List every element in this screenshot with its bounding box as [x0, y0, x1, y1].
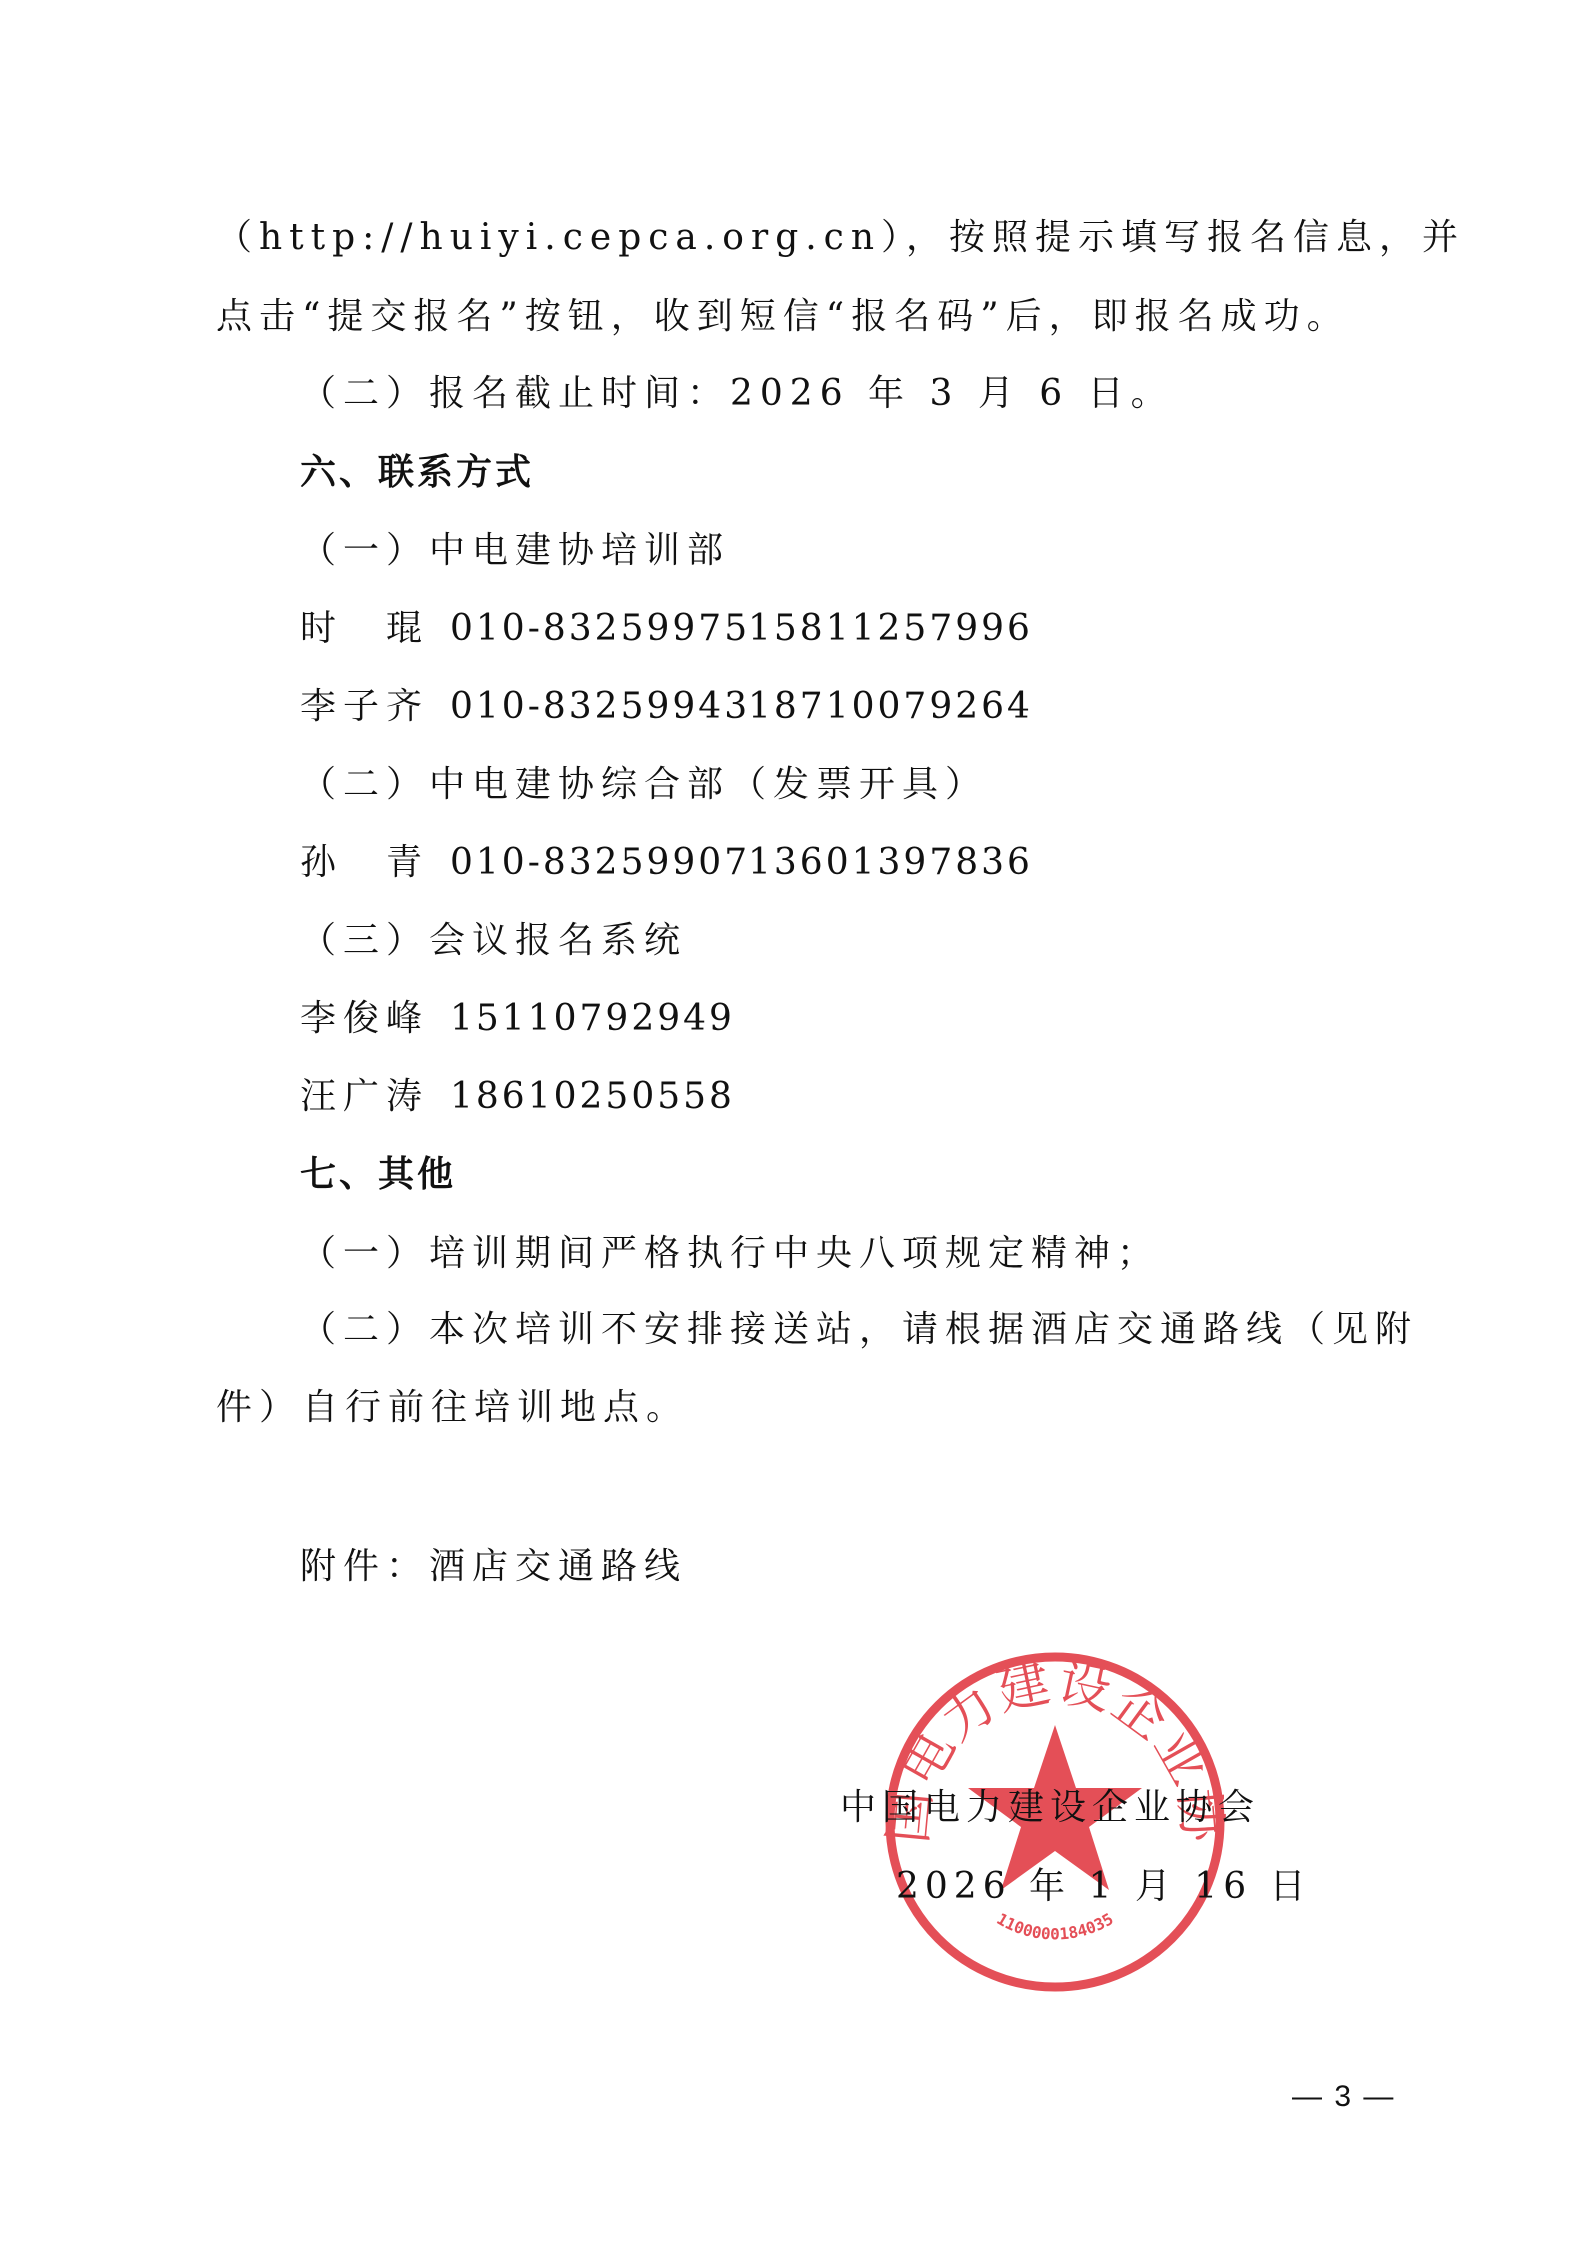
- contact-row: 汪广涛18610250558: [300, 1075, 735, 1119]
- other-item-1: （一）培训期间严格执行中央八项规定精神；: [300, 1232, 1160, 1276]
- registration-line-2: 点击“提交报名”按钮，收到短信“报名码”后，即报名成功。: [216, 295, 1350, 339]
- seal-serial: 1100000184035: [993, 1909, 1116, 1943]
- contact-tel: 010-83259943: [450, 685, 748, 729]
- contact-name: 李俊峰: [300, 997, 450, 1041]
- other-item-2-line-1: （二）本次培训不安排接送站，请根据酒店交通路线（见附: [300, 1308, 1418, 1352]
- section-heading-other: 七、其他: [300, 1153, 456, 1197]
- signature-organization: 中国电力建设企业协会: [840, 1786, 1260, 1830]
- contact-row: 孙 青010-8325990713601397836: [300, 841, 1033, 885]
- contact-tel: 010-83259975: [450, 607, 748, 651]
- contact-mobile: 15110792949: [450, 997, 735, 1041]
- contact-mobile: 15811257996: [748, 607, 1033, 651]
- contact-mobile: 18710079264: [748, 685, 1033, 729]
- contact-row: 时 琨010-8325997515811257996: [300, 607, 1033, 651]
- registration-line-1: （http://huiyi.cepca.org.cn），按照提示填写报名信息，并: [216, 216, 1465, 260]
- contact-name: 汪广涛: [300, 1075, 450, 1119]
- contact-section-title: （三）会议报名系统: [300, 919, 687, 963]
- page-number: — 3 —: [1292, 2080, 1395, 2114]
- registration-deadline: （二）报名截止时间：2026 年 3 月 6 日。: [300, 372, 1174, 416]
- contact-section-title: （二）中电建协综合部（发票开具）: [300, 763, 988, 807]
- contact-row: 李俊峰15110792949: [300, 997, 735, 1041]
- signature-date: 2026 年 1 月 16 日: [896, 1865, 1312, 1909]
- contact-name: 李子齐: [300, 685, 450, 729]
- section-heading-contact: 六、联系方式: [300, 451, 534, 495]
- contact-row: 李子齐010-8325994318710079264: [300, 685, 1033, 729]
- contact-name: 孙 青: [300, 841, 450, 885]
- contact-section-title: （一）中电建协培训部: [300, 529, 730, 573]
- contact-mobile: 13601397836: [748, 841, 1033, 885]
- contact-tel: 010-83259907: [450, 841, 748, 885]
- attachment-line: 附件：酒店交通路线: [300, 1545, 687, 1589]
- contact-name: 时 琨: [300, 607, 450, 651]
- contact-mobile: 18610250558: [450, 1075, 735, 1119]
- other-item-2-line-2: 件）自行前往培训地点。: [216, 1386, 689, 1430]
